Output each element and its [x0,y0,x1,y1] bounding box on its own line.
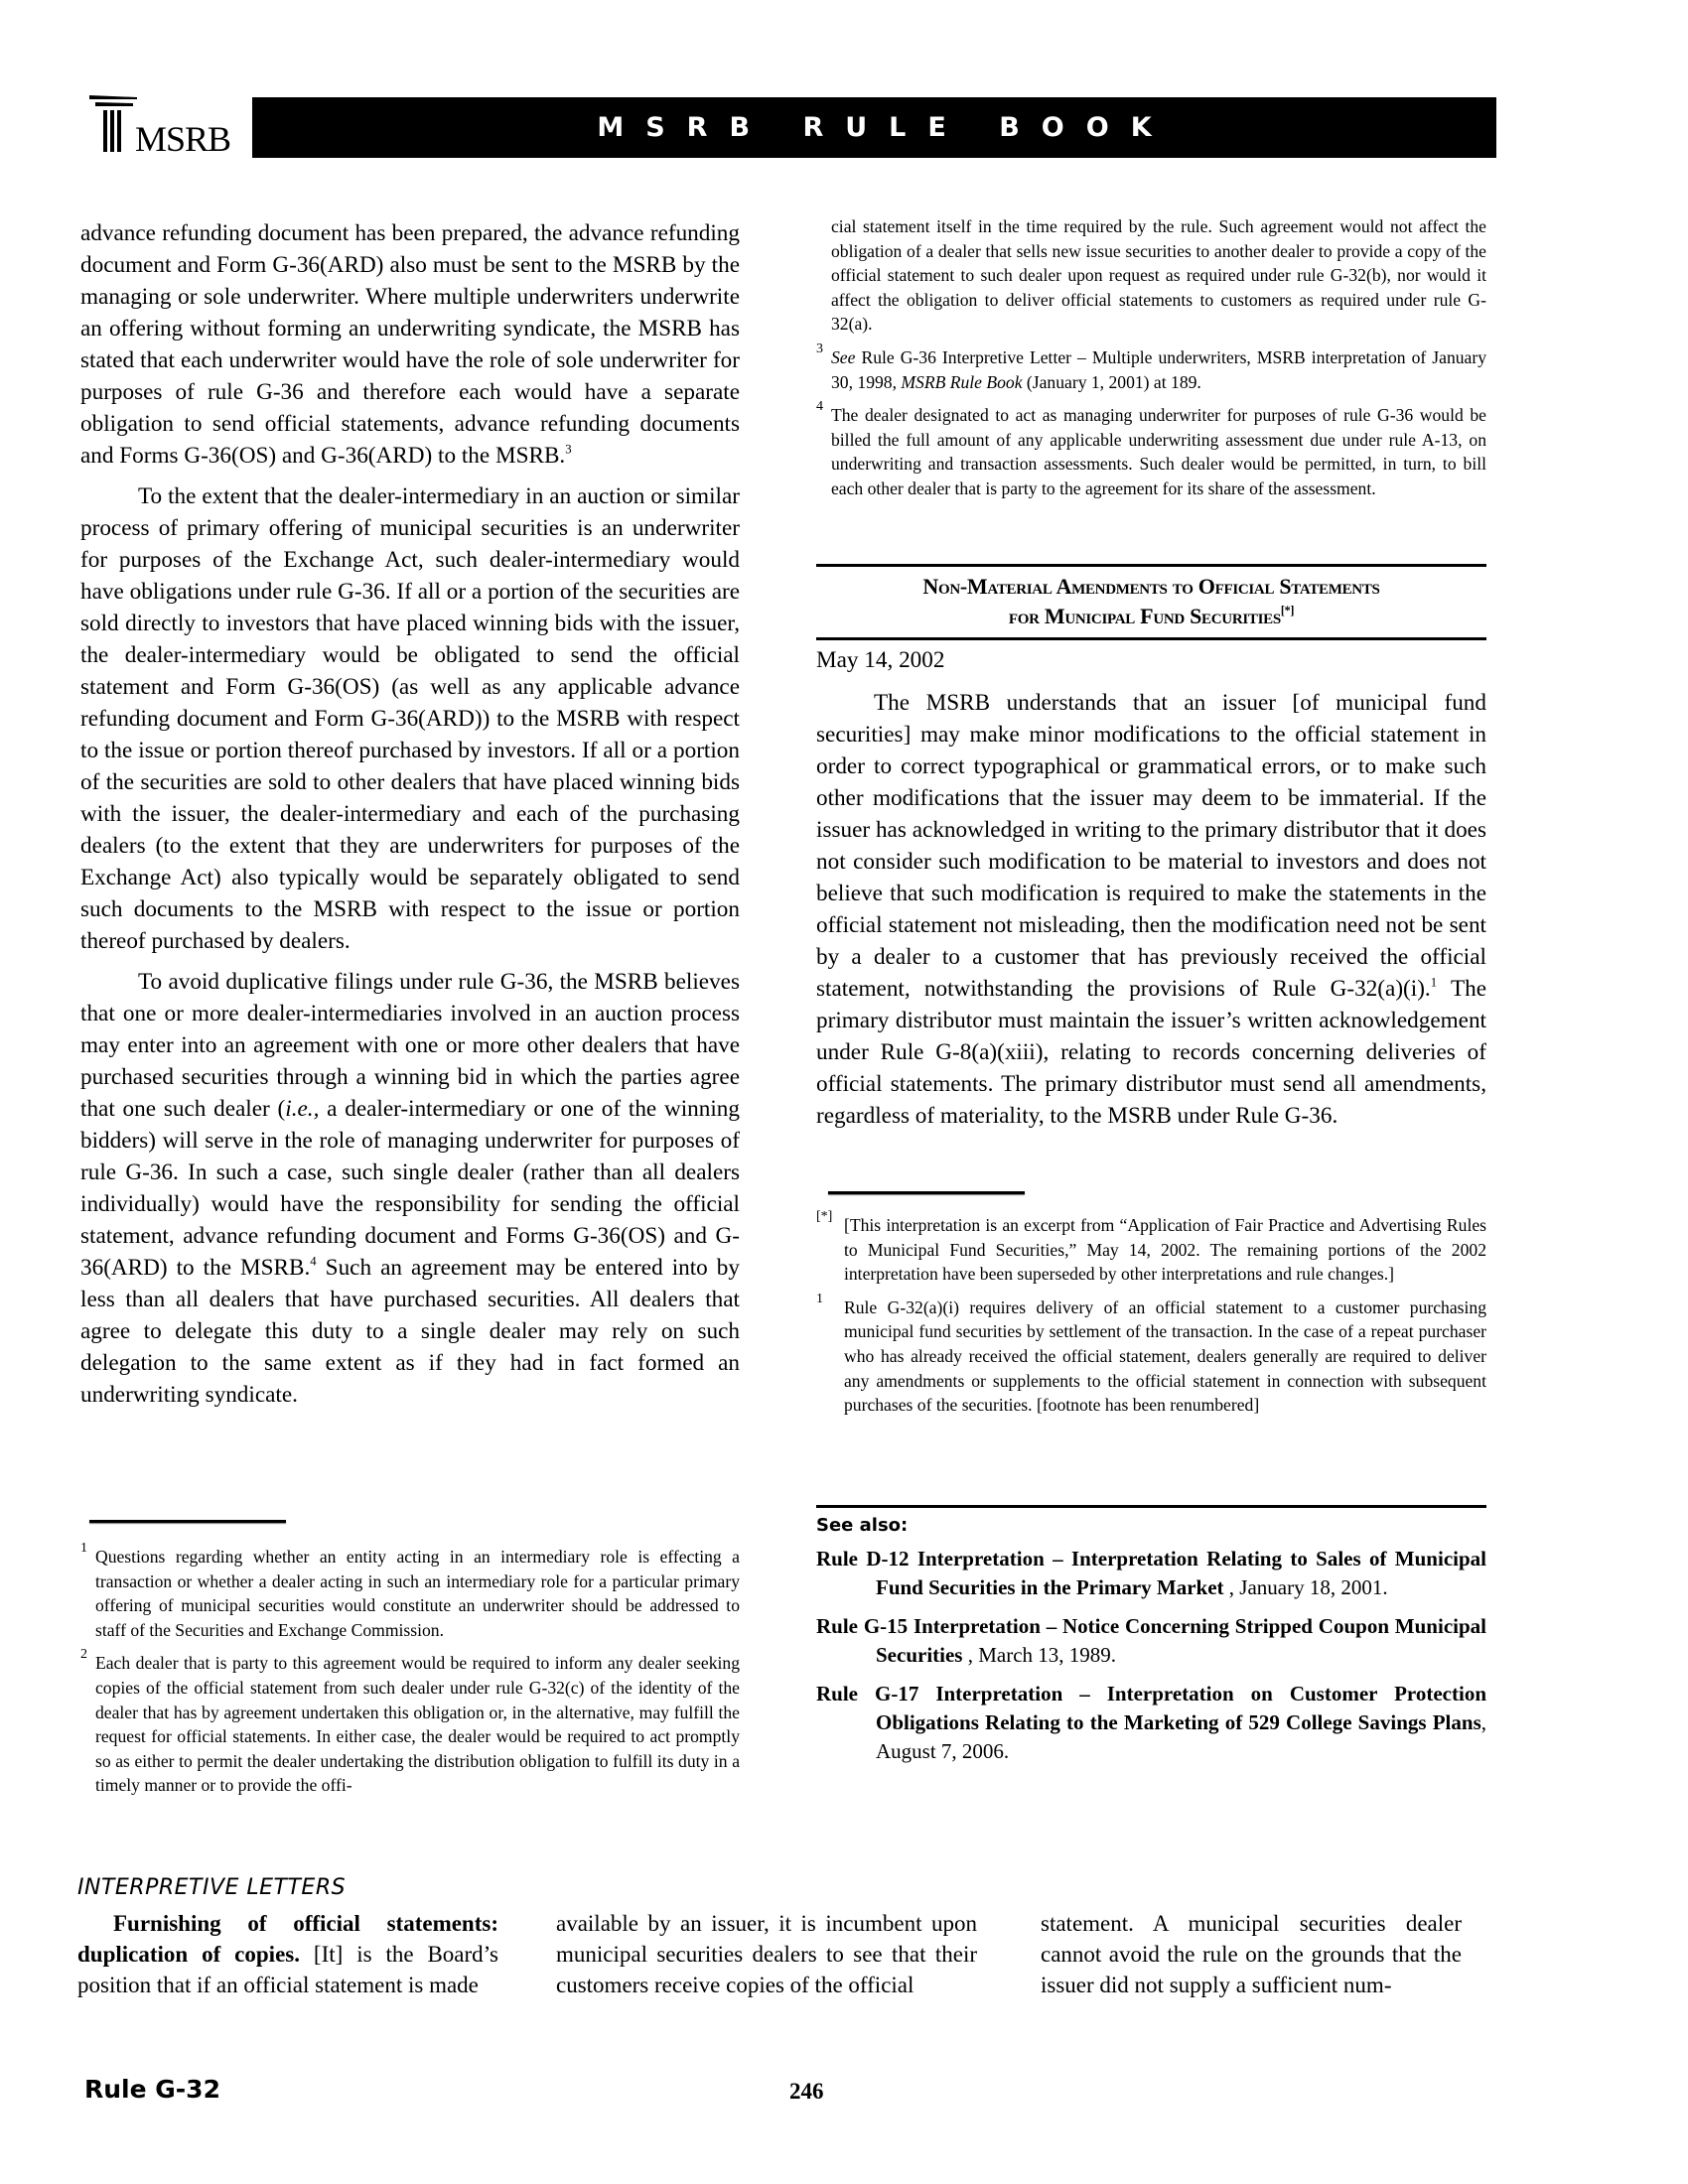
right-column-body: The MSRB understands that an issuer [of … [816,687,1486,1141]
page-number: 246 [789,2079,824,2105]
paragraph: The MSRB understands that an issuer [of … [816,687,1486,1132]
see-also-label: See also: [816,1515,908,1536]
publication-date: May 14, 2002 [816,647,944,674]
footnote-ref[interactable]: 3 [565,442,571,456]
see-also-link[interactable]: Rule D-12 Interpretation – Interpretatio… [816,1545,1486,1602]
letters-column-3: statement. A municipal securities dealer… [1041,1908,1462,2000]
footnote-ref[interactable]: [*] [1281,604,1294,617]
footnote-1: 1 Questions regarding whether an entity … [80,1545,740,1642]
see-also-list: Rule D-12 Interpretation – Interpretatio… [816,1545,1486,1776]
footnote-1-right: 1 Rule G-32(a)(i) requires delivery of a… [816,1296,1486,1418]
right-footnotes-bottom: [*] [This interpretation is an excerpt f… [816,1213,1486,1427]
letters-column-2: available by an issuer, it is incumbent … [556,1908,977,2000]
section-title: INTERPRETIVE LETTERS [77,1875,346,1900]
right-footnotes-top: cial statement itself in the time requir… [816,214,1486,510]
msrb-logo: MSRB [87,93,236,159]
see-also-link[interactable]: Rule G-15 Interpretation – Notice Concer… [816,1612,1486,1670]
see-also-link[interactable]: Rule G-17 Interpretation – Interpretatio… [816,1680,1486,1766]
footnote-2: 2 Each dealer that is party to this agre… [80,1651,740,1798]
left-column-body: advance refunding document has been prep… [80,217,740,1420]
footnote-star: [*] [This interpretation is an excerpt f… [816,1213,1486,1287]
footnote-4: 4 The dealer designated to act as managi… [816,403,1486,500]
column-logo-icon [87,93,139,155]
logo-text: MSRB [135,121,230,157]
footnote-separator [89,1520,286,1523]
header-title: MSRB RULE BOOK [575,112,1173,143]
paragraph: To the extent that the dealer-intermedia… [80,480,740,957]
left-footnotes: 1 Questions regarding whether an entity … [80,1545,740,1807]
footnote-2-continuation: cial statement itself in the time requir… [816,214,1486,337]
paragraph: advance refunding document has been prep… [80,217,740,472]
footer-rule-label: Rule G-32 [84,2075,220,2104]
see-also-divider [816,1505,1486,1508]
letters-column-1: Furnishing of official statements: dupli… [77,1908,498,2000]
footnote-3: 3 See Rule G-36 Interpretive Letter – Mu… [816,345,1486,394]
header-bar: MSRB RULE BOOK [252,97,1496,158]
footnote-separator [828,1191,1025,1194]
paragraph: To avoid duplicative filings under rule … [80,966,740,1411]
section-heading: Non-Material Amendments to Official Stat… [816,564,1486,640]
